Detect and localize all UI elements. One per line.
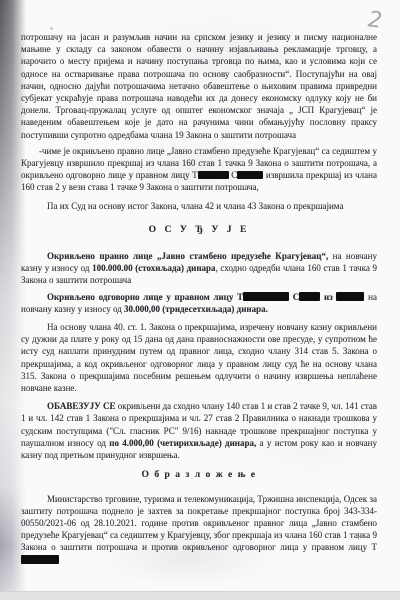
redaction-box: [299, 292, 320, 301]
text-segment: из: [320, 292, 336, 302]
offense-paragraph: -чиме је окривљено правно лице „Јавно ст…: [21, 145, 377, 194]
text-segment: Па их Суд на основу истог Закона, члана …: [47, 201, 343, 211]
text-segment: по 4.000,00 (четирихиљаде) динара,: [109, 438, 256, 448]
text-segment: потрошачу на јасан и разумљив начин на с…: [21, 32, 377, 140]
text-segment: ОБАВЕЗУЈУ СЕ: [47, 401, 115, 411]
redaction-box: [21, 555, 59, 564]
redaction-box: [198, 171, 229, 180]
handwritten-page-number: 2: [367, 7, 384, 33]
margin-semicolon-mark: ;: [357, 529, 360, 541]
redaction-box: [237, 171, 263, 180]
text-segment: Окривљено одговорно лице у правном лицу …: [47, 292, 243, 302]
verdict-heading: О С У Ђ У Ј Е: [21, 224, 377, 236]
text-segment: Министарство трговине, туризма и телеком…: [21, 494, 377, 553]
document-text: потрошачу на јасан и разумљив начин на с…: [21, 31, 377, 566]
legal-entity-fine-paragraph: Окривљено правно лице „Јавно стамбено пр…: [21, 250, 377, 287]
text-segment: На основу члана 40. ст. 1. Закона о прек…: [21, 322, 377, 393]
text-segment: 100.000.00 (стохиљада) динара: [92, 263, 215, 273]
costs-paragraph: ОБАВЕЗУЈУ СЕ окривљени да сходно члану 1…: [21, 400, 377, 461]
court-basis-line: Па их Суд на основу истог Закона, члана …: [21, 200, 377, 212]
text-segment: С: [229, 170, 238, 180]
ministry-request-paragraph: Министарство трговине, туризма и телеком…: [21, 493, 377, 566]
continuation-paragraph: потрошачу на јасан и разумљив начин на с…: [21, 31, 377, 141]
redaction-box: [336, 292, 364, 301]
redaction-box: [243, 292, 289, 301]
payment-deadline-paragraph: На основу члана 40. ст. 1. Закона о прек…: [21, 321, 377, 394]
text-segment: 30.000,00 (тридесетхиљада) динара.: [124, 304, 268, 314]
scan-bottom-edge: [0, 591, 400, 600]
explanation-heading: О б р а з л о ж е њ е: [21, 469, 377, 481]
text-segment: С: [289, 292, 299, 302]
text-segment: Окривљено правно лице „Јавно стамбено пр…: [47, 251, 328, 261]
scanned-page: 2 + потрошачу на јасан и разумљив начин …: [0, 0, 400, 592]
responsible-person-fine-paragraph: Окривљено одговорно лице у правном лицу …: [21, 291, 377, 315]
